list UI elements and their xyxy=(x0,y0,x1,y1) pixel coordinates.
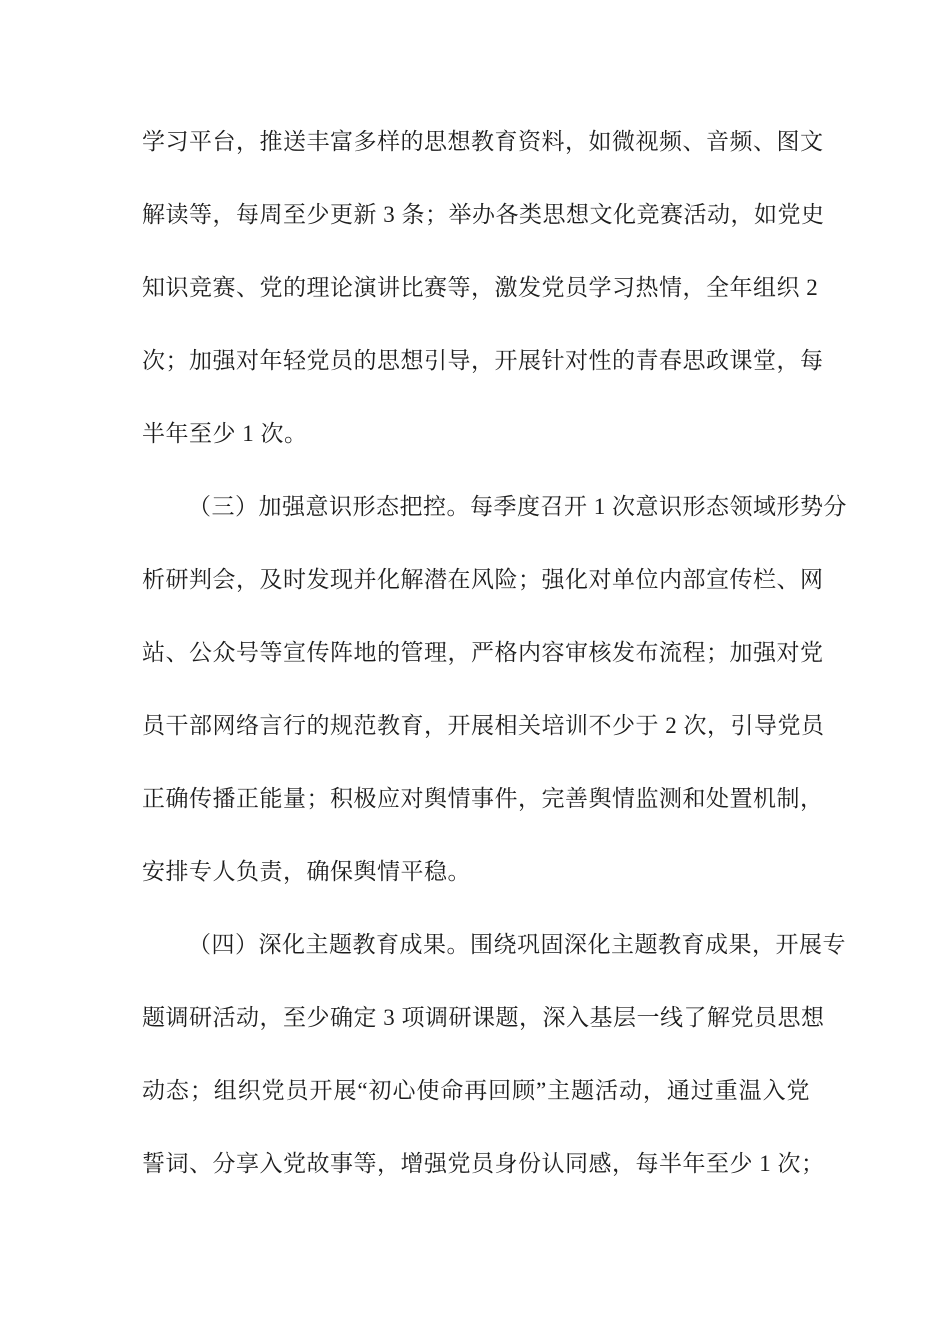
doc-line: 正确传播正能量；积极应对舆情事件，完善舆情监测和处置机制， xyxy=(142,762,810,835)
doc-line-item-4-heading: （四）深化主题教育成果。围绕巩固深化主题教育成果，开展专 xyxy=(142,908,810,981)
doc-line: 题调研活动，至少确定 3 项调研课题，深入基层一线了解党员思想 xyxy=(142,981,810,1054)
doc-line: 知识竞赛、党的理论演讲比赛等，激发党员学习热情，全年组织 2 xyxy=(142,251,810,324)
doc-line: 析研判会，及时发现并化解潜在风险；强化对单位内部宣传栏、网 xyxy=(142,543,810,616)
doc-line-item-3-heading: （三）加强意识形态把控。每季度召开 1 次意识形态领域形势分 xyxy=(142,470,810,543)
doc-line: 员干部网络言行的规范教育，开展相关培训不少于 2 次，引导党员 xyxy=(142,689,810,762)
doc-line: 动态；组织党员开展“初心使命再回顾”主题活动，通过重温入党 xyxy=(142,1054,810,1127)
doc-line: 解读等，每周至少更新 3 条；举办各类思想文化竞赛活动，如党史 xyxy=(142,178,810,251)
doc-line: 学习平台，推送丰富多样的思想教育资料，如微视频、音频、图文 xyxy=(142,105,810,178)
doc-line: 安排专人负责，确保舆情平稳。 xyxy=(142,835,810,908)
document-text-block: 学习平台，推送丰富多样的思想教育资料，如微视频、音频、图文 解读等，每周至少更新… xyxy=(142,105,810,1200)
document-page: 学习平台，推送丰富多样的思想教育资料，如微视频、音频、图文 解读等，每周至少更新… xyxy=(0,0,950,1344)
doc-line: 半年至少 1 次。 xyxy=(142,397,810,470)
doc-line: 站、公众号等宣传阵地的管理，严格内容审核发布流程；加强对党 xyxy=(142,616,810,689)
doc-line: 次；加强对年轻党员的思想引导，开展针对性的青春思政课堂，每 xyxy=(142,324,810,397)
doc-line: 誓词、分享入党故事等，增强党员身份认同感，每半年至少 1 次； xyxy=(142,1127,810,1200)
